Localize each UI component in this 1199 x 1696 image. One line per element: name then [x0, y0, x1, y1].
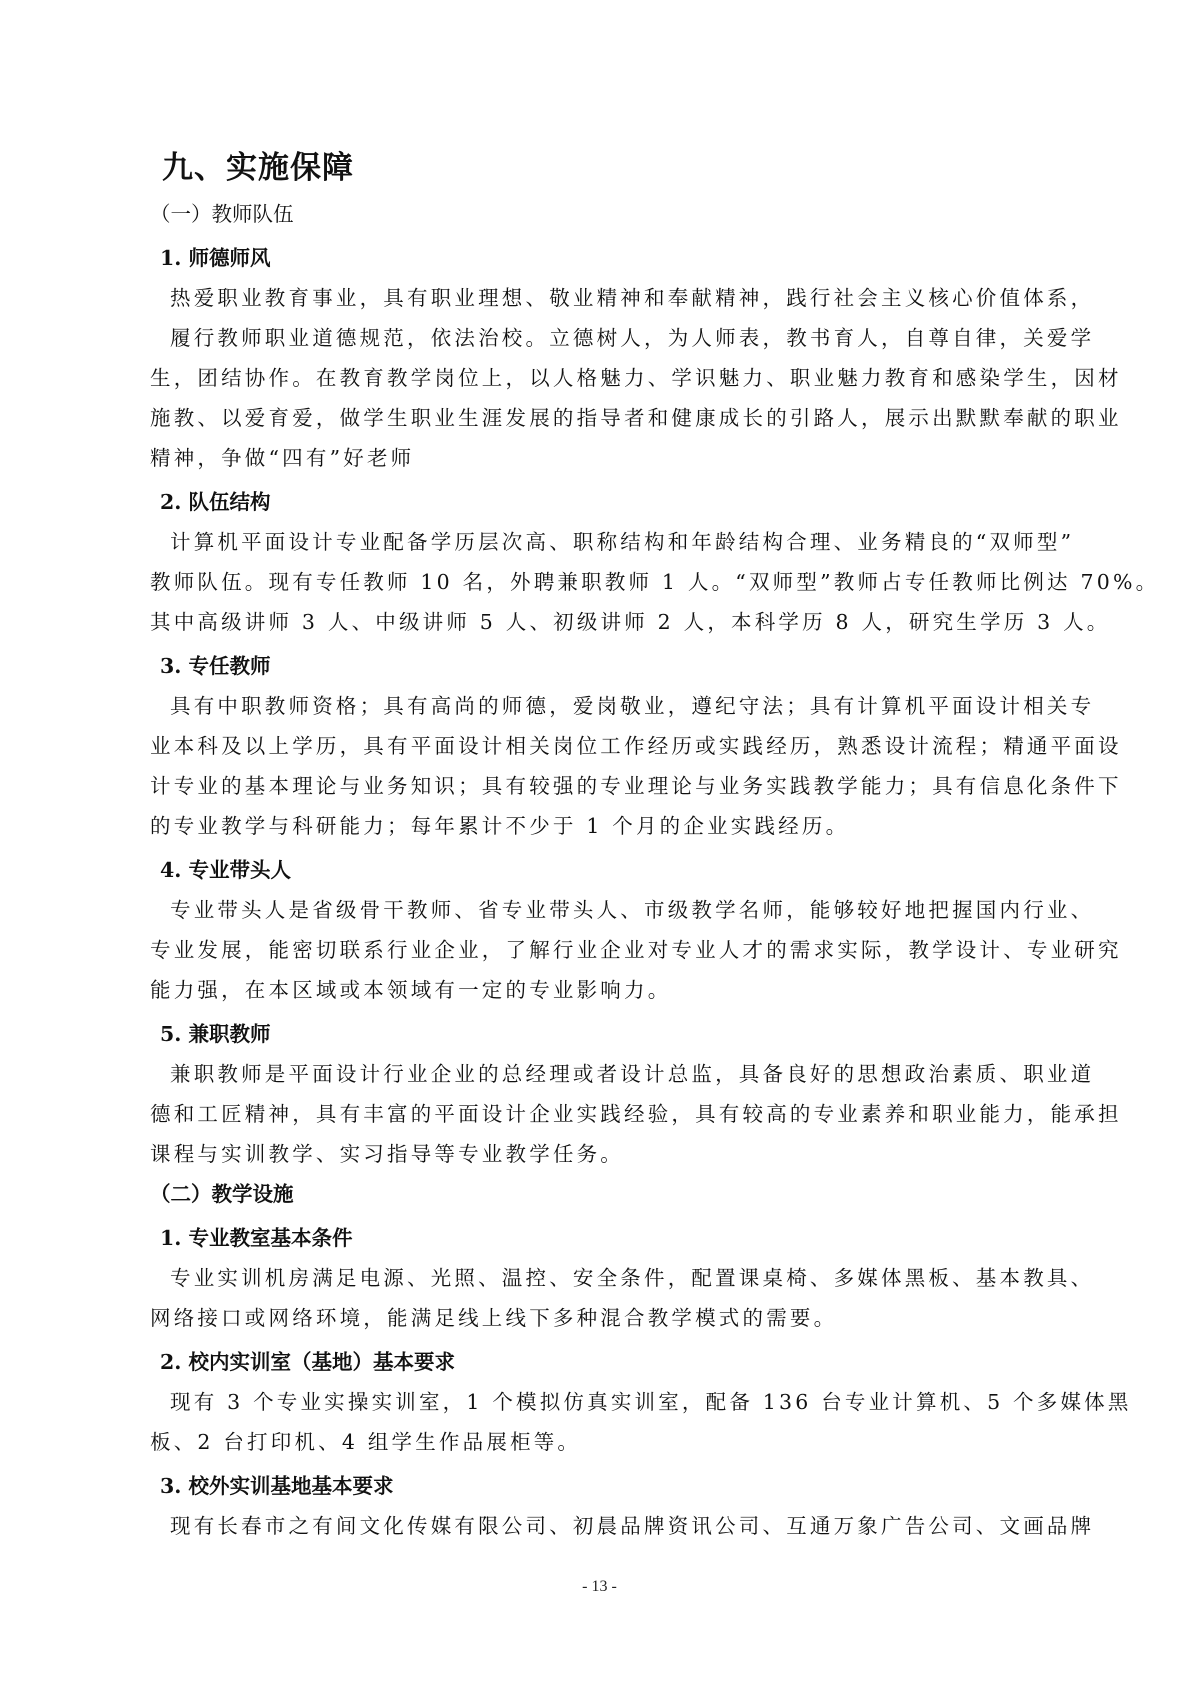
subsection-heading-teachers: （一）教师队伍: [150, 194, 1055, 234]
paragraph-team-structure: 计算机平面设计专业配备学历层次高、职称结构和年龄结构合理、业务精良的“双师型” …: [150, 522, 1055, 642]
text-line: 具有中职教师资格；具有高尚的师德，爱岗敬业，遵纪守法；具有计算机平面设计相关专: [150, 686, 1055, 726]
item-heading-fulltime-teachers: 3. 专任教师: [150, 646, 1055, 686]
text-line: 履行教师职业道德规范，依法治校。立德树人，为人师表，教书育人，自尊自律，关爱学: [150, 318, 1055, 358]
text-line: 业本科及以上学历，具有平面设计相关岗位工作经历或实践经历，熟悉设计流程；精通平面…: [140, 726, 1055, 766]
page-number: - 13 -: [0, 1578, 1199, 1596]
item-heading-offcampus-training: 3. 校外实训基地基本要求: [150, 1466, 1055, 1506]
text-line: 热爱职业教育事业，具有职业理想、敬业精神和奉献精神，践行社会主义核心价值体系，: [150, 278, 1055, 318]
document-page: 九、实施保障 （一）教师队伍 1. 师德师风 热爱职业教育事业，具有职业理想、敬…: [0, 0, 1199, 1696]
text-line: 课程与实训教学、实习指导等专业教学任务。: [140, 1134, 1055, 1174]
text-line: 板、2 台打印机、4 组学生作品展柜等。: [140, 1422, 1055, 1462]
text-line: 计专业的基本理论与业务知识；具有较强的专业理论与业务实践教学能力；具有信息化条件…: [140, 766, 1055, 806]
paragraph-oncampus-training: 现有 3 个专业实操实训室，1 个模拟仿真实训室，配备 136 台专业计算机、5…: [150, 1382, 1055, 1462]
item-heading-team-structure: 2. 队伍结构: [150, 482, 1055, 522]
text-line: 精神，争做“四有”好老师: [140, 438, 1055, 478]
paragraph-fulltime-teachers: 具有中职教师资格；具有高尚的师德，爱岗敬业，遵纪守法；具有计算机平面设计相关专 …: [150, 686, 1055, 846]
text-line: 现有 3 个专业实操实训室，1 个模拟仿真实训室，配备 136 台专业计算机、5…: [150, 1382, 1055, 1422]
paragraph-offcampus-training: 现有长春市之有间文化传媒有限公司、初晨品牌资讯公司、互通万象广告公司、文画品牌: [150, 1506, 1055, 1546]
text-line: 教师队伍。现有专任教师 10 名，外聘兼职教师 1 人。“双师型”教师占专任教师…: [140, 562, 1055, 602]
text-line: 的专业教学与科研能力；每年累计不少于 1 个月的企业实践经历。: [140, 806, 1055, 846]
text-line: 专业发展，能密切联系行业企业，了解行业企业对专业人才的需求实际，教学设计、专业研…: [140, 930, 1055, 970]
item-heading-ethics: 1. 师德师风: [150, 238, 1055, 278]
text-line: 能力强，在本区域或本领域有一定的专业影响力。: [140, 970, 1055, 1010]
text-line: 计算机平面设计专业配备学历层次高、职称结构和年龄结构合理、业务精良的“双师型”: [150, 522, 1055, 562]
item-heading-classroom: 1. 专业教室基本条件: [150, 1218, 1055, 1258]
text-line: 专业带头人是省级骨干教师、省专业带头人、市级教学名师，能够较好地把握国内行业、: [150, 890, 1055, 930]
item-heading-oncampus-training: 2. 校内实训室（基地）基本要求: [150, 1342, 1055, 1382]
text-line: 生，团结协作。在教育教学岗位上，以人格魅力、学识魅力、职业魅力教育和感染学生，因…: [140, 358, 1055, 398]
text-line: 网络接口或网络环境，能满足线上线下多种混合教学模式的需要。: [140, 1298, 1055, 1338]
text-line: 现有长春市之有间文化传媒有限公司、初晨品牌资讯公司、互通万象广告公司、文画品牌: [150, 1506, 1055, 1546]
text-line: 其中高级讲师 3 人、中级讲师 5 人、初级讲师 2 人，本科学历 8 人，研究…: [140, 602, 1055, 642]
subsection-heading-facilities: （二）教学设施: [150, 1174, 1055, 1214]
text-line: 专业实训机房满足电源、光照、温控、安全条件，配置课桌椅、多媒体黑板、基本教具、: [150, 1258, 1055, 1298]
paragraph-program-leader: 专业带头人是省级骨干教师、省专业带头人、市级教学名师，能够较好地把握国内行业、 …: [150, 890, 1055, 1010]
item-heading-parttime-teachers: 5. 兼职教师: [150, 1014, 1055, 1054]
text-line: 德和工匠精神，具有丰富的平面设计企业实践经验，具有较高的专业素养和职业能力，能承…: [140, 1094, 1055, 1134]
text-line: 施教、以爱育爱，做学生职业生涯发展的指导者和健康成长的引路人，展示出默默奉献的职…: [140, 398, 1055, 438]
text-line: 兼职教师是平面设计行业企业的总经理或者设计总监，具备良好的思想政治素质、职业道: [150, 1054, 1055, 1094]
paragraph-classroom: 专业实训机房满足电源、光照、温控、安全条件，配置课桌椅、多媒体黑板、基本教具、 …: [150, 1258, 1055, 1338]
item-heading-program-leader: 4. 专业带头人: [150, 850, 1055, 890]
paragraph-parttime-teachers: 兼职教师是平面设计行业企业的总经理或者设计总监，具备良好的思想政治素质、职业道 …: [150, 1054, 1055, 1174]
section-title: 九、实施保障: [162, 146, 1055, 190]
paragraph-ethics: 热爱职业教育事业，具有职业理想、敬业精神和奉献精神，践行社会主义核心价值体系， …: [150, 278, 1055, 478]
page-content: 九、实施保障 （一）教师队伍 1. 师德师风 热爱职业教育事业，具有职业理想、敬…: [150, 146, 1055, 1546]
